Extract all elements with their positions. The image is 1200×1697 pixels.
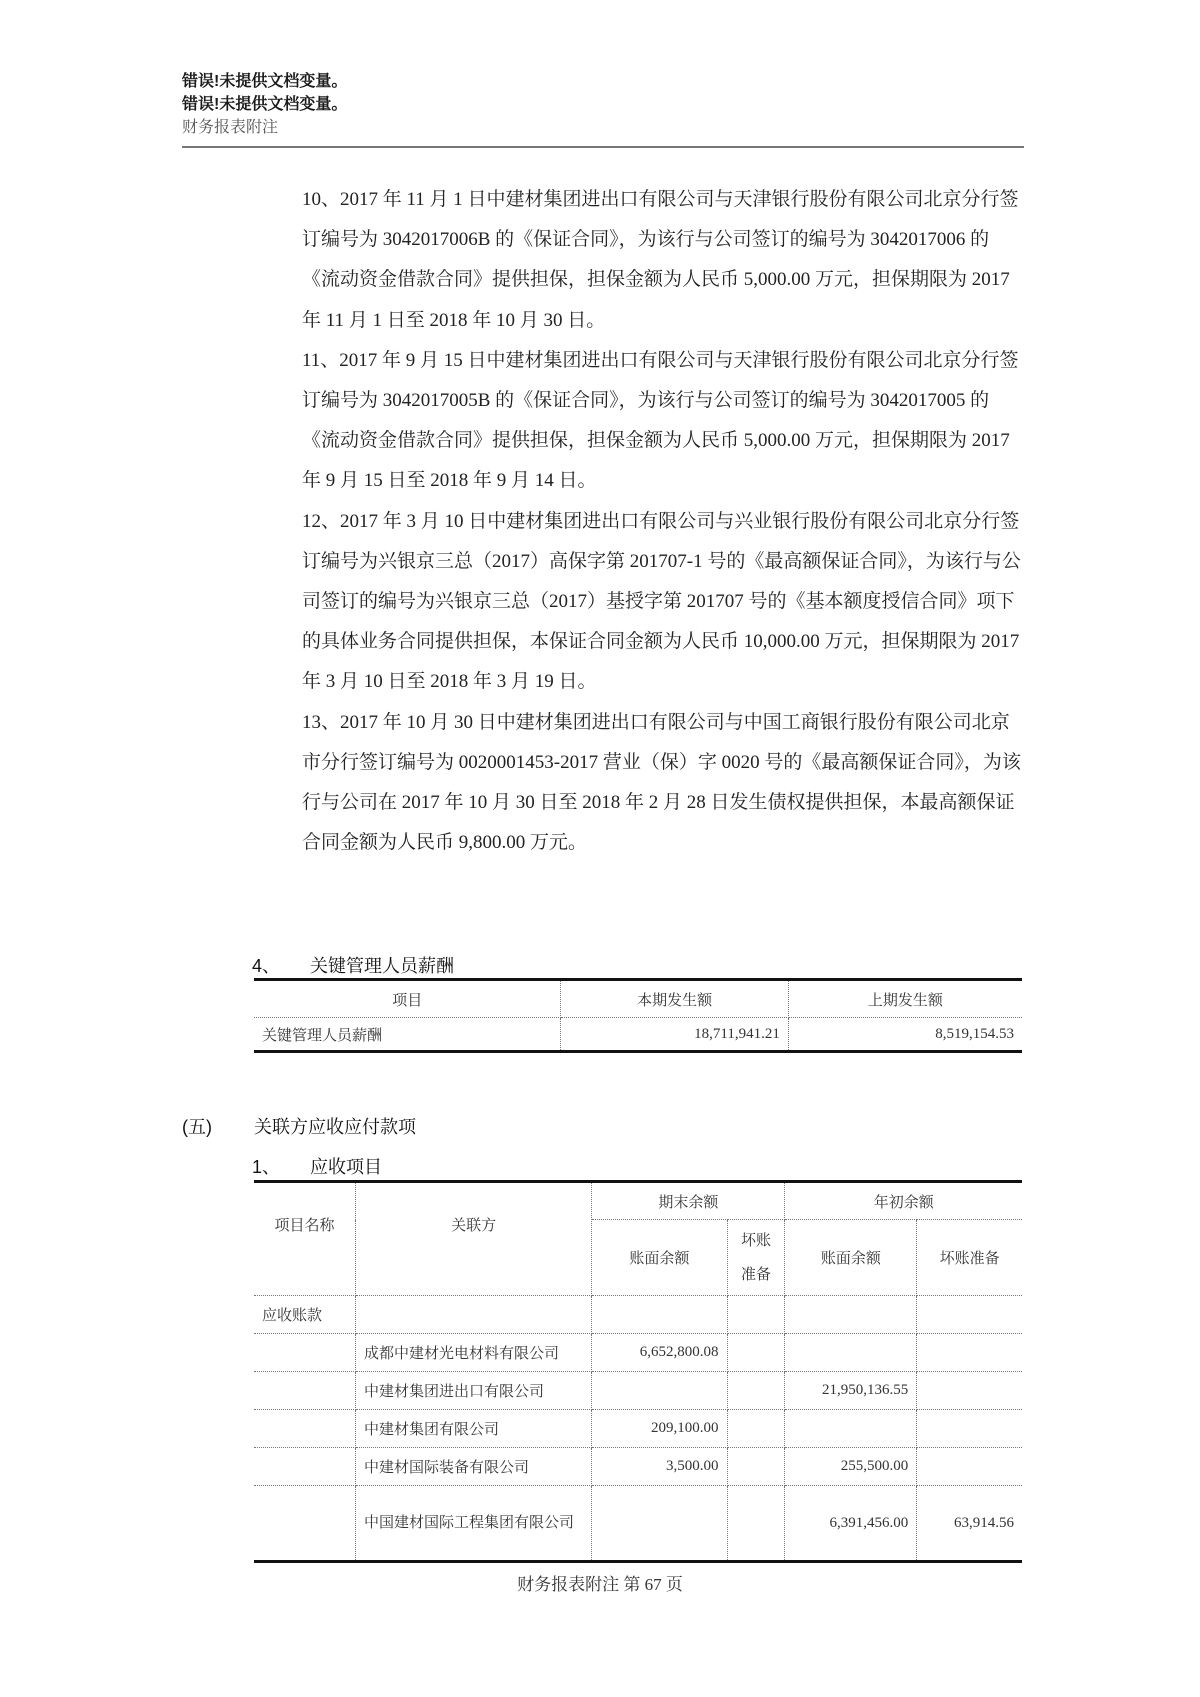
cell-end-book: 6,652,800.08 [592, 1334, 727, 1372]
cell-begin-book [785, 1334, 917, 1372]
cell-empty [785, 1296, 917, 1334]
bad-debt-line-2: 准备 [736, 1258, 777, 1292]
section-5-title: 关联方应收应付款项 [254, 1113, 416, 1139]
cell-end-bad [727, 1334, 785, 1372]
cell-begin-book: 255,500.00 [785, 1448, 917, 1486]
cell-end-book: 209,100.00 [592, 1410, 727, 1448]
section-4-title: 关键管理人员薪酬 [310, 952, 454, 978]
col-group-period-end: 期末余额 [592, 1182, 785, 1220]
cell-empty [254, 1448, 356, 1486]
col-group-year-begin: 年初余额 [785, 1182, 1022, 1220]
section-5-heading: (五) 关联方应收应付款项 [182, 1113, 212, 1139]
cell-empty [727, 1296, 785, 1334]
paragraph-11: 11、2017 年 9 月 15 日中建材集团进出口有限公司与天津银行股份有限公… [302, 341, 1022, 502]
col-header-prior: 上期发生额 [788, 980, 1022, 1018]
cell-begin-book [785, 1410, 917, 1448]
col-header-begin-bad-debt: 坏账准备 [917, 1220, 1022, 1296]
cell-prior: 8,519,154.53 [788, 1018, 1022, 1052]
section-4-number: 4、 [252, 952, 280, 978]
cell-party: 成都中建材光电材料有限公司 [356, 1334, 592, 1372]
cell-current: 18,711,941.21 [561, 1018, 788, 1052]
section-4-heading: 4、 关键管理人员薪酬 [252, 952, 280, 978]
cell-empty [254, 1410, 356, 1448]
page-footer: 财务报表附注 第 67 页 [0, 1570, 1200, 1595]
cell-begin-book: 6,391,456.00 [785, 1486, 917, 1562]
col-header-end-book-balance: 账面余额 [592, 1220, 727, 1296]
header-error-line-2: 错误!未提供文档变量。 [182, 93, 1024, 116]
cell-end-book: 3,500.00 [592, 1448, 727, 1486]
header-error-line-1: 错误!未提供文档变量。 [182, 70, 1024, 93]
paragraph-10: 10、2017 年 11 月 1 日中建材集团进出口有限公司与天津银行股份有限公… [302, 180, 1022, 341]
cell-party: 中国建材国际工程集团有限公司 [356, 1486, 592, 1562]
cell-begin-bad: 63,914.56 [917, 1486, 1022, 1562]
subsection-1-number: 1、 [252, 1153, 280, 1179]
cell-item: 关键管理人员薪酬 [254, 1018, 561, 1052]
col-header-item: 项目 [254, 980, 561, 1018]
bad-debt-line-1: 坏账 [736, 1224, 777, 1258]
col-header-begin-book-balance: 账面余额 [785, 1220, 917, 1296]
table-row: 中建材集团进出口有限公司 21,950,136.55 [254, 1372, 1022, 1410]
subsection-1-heading: 1、 应收项目 [252, 1153, 280, 1179]
cell-begin-bad [917, 1448, 1022, 1486]
table-row: 成都中建材光电材料有限公司 6,652,800.08 [254, 1334, 1022, 1372]
page-header: 错误!未提供文档变量。 错误!未提供文档变量。 财务报表附注 [182, 70, 1024, 139]
table-row: 中建材国际装备有限公司 3,500.00 255,500.00 [254, 1448, 1022, 1486]
paragraph-12: 12、2017 年 3 月 10 日中建材集团进出口有限公司与兴业银行股份有限公… [302, 502, 1022, 703]
cell-category: 应收账款 [254, 1296, 356, 1334]
cell-empty [356, 1296, 592, 1334]
subsection-1-title: 应收项目 [310, 1153, 382, 1179]
col-header-related-party: 关联方 [356, 1182, 592, 1296]
table-row-category: 应收账款 [254, 1296, 1022, 1334]
cell-empty [592, 1296, 727, 1334]
cell-end-book [592, 1486, 727, 1562]
cell-party: 中建材集团有限公司 [356, 1410, 592, 1448]
col-header-current: 本期发生额 [561, 980, 788, 1018]
section-5-number: (五) [182, 1113, 212, 1139]
cell-party: 中建材国际装备有限公司 [356, 1448, 592, 1486]
cell-end-bad [727, 1486, 785, 1562]
cell-empty [917, 1296, 1022, 1334]
cell-party: 中建材集团进出口有限公司 [356, 1372, 592, 1410]
cell-end-bad [727, 1448, 785, 1486]
key-management-compensation-table: 项目 本期发生额 上期发生额 关键管理人员薪酬 18,711,941.21 8,… [254, 978, 1022, 1053]
related-party-receivables-table: 项目名称 关联方 期末余额 年初余额 账面余额 坏账 准备 账面余额 坏账准备 … [254, 1180, 1022, 1563]
table-header-row-1: 项目名称 关联方 期末余额 年初余额 [254, 1182, 1022, 1220]
table-header-row: 项目 本期发生额 上期发生额 [254, 980, 1022, 1018]
table-row: 中建材集团有限公司 209,100.00 [254, 1410, 1022, 1448]
header-divider [182, 146, 1024, 148]
cell-begin-bad [917, 1334, 1022, 1372]
col-header-item-name: 项目名称 [254, 1182, 356, 1296]
cell-begin-bad [917, 1410, 1022, 1448]
cell-empty [254, 1486, 356, 1562]
table-row: 中国建材国际工程集团有限公司 6,391,456.00 63,914.56 [254, 1486, 1022, 1562]
cell-end-book [592, 1372, 727, 1410]
guarantee-paragraphs: 10、2017 年 11 月 1 日中建材集团进出口有限公司与天津银行股份有限公… [302, 180, 1022, 863]
cell-begin-bad [917, 1372, 1022, 1410]
header-subtitle: 财务报表附注 [182, 116, 1024, 139]
cell-empty [254, 1334, 356, 1372]
cell-end-bad [727, 1372, 785, 1410]
table-row: 关键管理人员薪酬 18,711,941.21 8,519,154.53 [254, 1018, 1022, 1052]
cell-empty [254, 1372, 356, 1410]
cell-begin-book: 21,950,136.55 [785, 1372, 917, 1410]
cell-end-bad [727, 1410, 785, 1448]
col-header-end-bad-debt: 坏账 准备 [727, 1220, 785, 1296]
paragraph-13: 13、2017 年 10 月 30 日中建材集团进出口有限公司与中国工商银行股份… [302, 703, 1022, 864]
